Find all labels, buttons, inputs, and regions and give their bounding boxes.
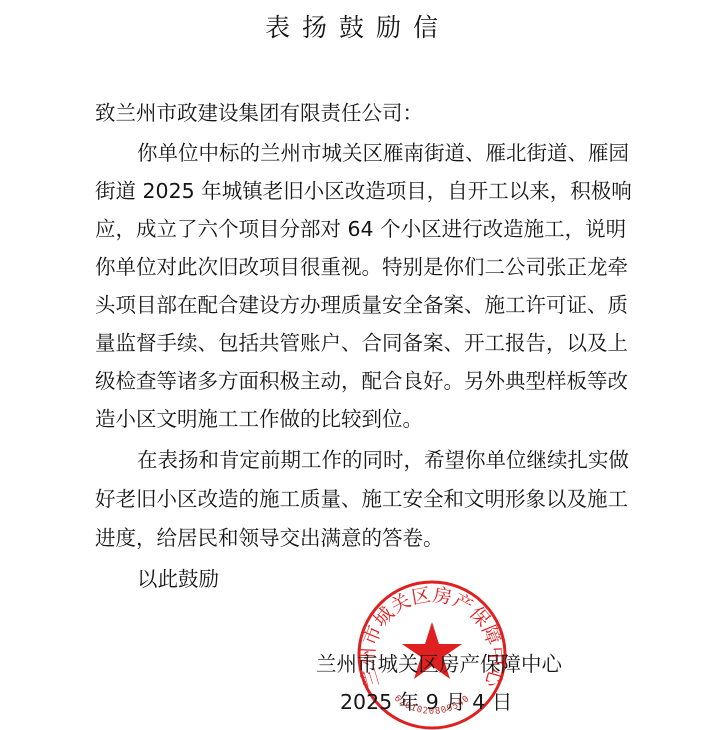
paragraph-1-line-5: 头项目部在配合建设方办理质量安全备案、施工许可证、质 [95,293,623,317]
paragraph-1-line-6: 量监督手续、包括共管账户、合同备案、开工报告，以及上 [95,331,623,355]
letter-title: 表扬鼓励信 [0,8,715,44]
paragraph-1-line-8: 造小区文明施工工作做的比较到位。 [95,407,623,431]
letter-page: 表扬鼓励信 致兰州市政建设集团有限责任公司： 你单位中标的兰州市城关区雁南街道、… [0,0,715,730]
paragraph-1-line-2: 街道 2025 年城镇老旧小区改造项目，自开工以来，积极响 [95,179,623,203]
salutation: 致兰州市政建设集团有限责任公司： [95,101,623,125]
closing-line: 以此鼓励 [137,567,219,591]
letter-date: 2025 年 9 月 4 日 [340,690,512,714]
paragraph-2-line-2: 好老旧小区改造的施工质量、施工安全和文明形象以及施工 [95,487,623,511]
signer-organization: 兰州市城关区房产保障中心 [316,652,562,676]
paragraph-1-line-7: 级检查等诸多方面积极主动，配合良好。另外典型样板等改 [95,369,623,393]
paragraph-1-line-3: 应，成立了六个项目分部对 64 个小区进行改造施工，说明 [95,217,623,241]
paragraph-2-line-1: 在表扬和肯定前期工作的同时，希望你单位继续扎实做 [137,448,623,472]
paragraph-1-line-4: 你单位对此次旧改项目很重视。特别是你们二公司张正龙牵 [95,255,623,279]
paragraph-1-line-1: 你单位中标的兰州市城关区雁南街道、雁北街道、雁园 [137,141,623,165]
paragraph-2-line-3: 进度，给居民和领导交出满意的答卷。 [95,526,623,550]
